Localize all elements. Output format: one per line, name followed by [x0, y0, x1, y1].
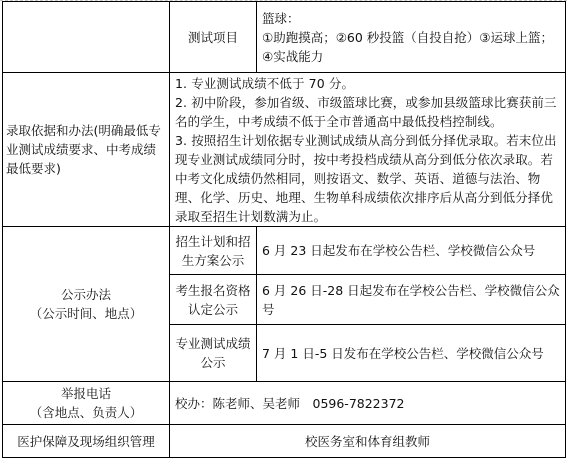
publicity-item-detail: 6 月 23 日起发布在学校公告栏、学校微信公众号 [257, 227, 566, 275]
publicity-label-line2: （公示时间、地点） [7, 304, 165, 323]
report-label-line2: （含地点、负责人） [7, 403, 165, 422]
row-test-items: 测试项目 篮球： ①助跑摸高；②60 秒投篮（自投自抢）③运球上篮； ④实战能力 [3, 2, 566, 73]
admission-rule: 3. 按照招生计划依据专业测试成绩从高分到低分择优录取。若末位出现专业测试成绩同… [175, 131, 562, 226]
test-items-content: 篮球： ①助跑摸高；②60 秒投篮（自投自抢）③运球上篮； ④实战能力 [257, 2, 566, 73]
report-content: 校办：陈老师、吴老师 0596-7822372 [170, 382, 566, 425]
publicity-item-name: 专业测试成绩公示 [170, 325, 257, 382]
publicity-item-detail: 6 月 26 日-28 日起发布在学校公告栏、学校微信公众号 [257, 275, 566, 325]
row-report: 举报电话 （含地点、负责人） 校办：陈老师、吴老师 0596-7822372 [3, 382, 566, 425]
publicity-item-detail: 7 月 1 日-5 日发布在学校公告栏、学校微信公众号 [257, 325, 566, 382]
admission-rule: 2. 初中阶段，参加省级、市级篮球比赛，或参加县级篮球比赛获前三名的学生，中考成… [175, 93, 562, 131]
report-label: 举报电话 （含地点、负责人） [3, 382, 170, 425]
test-items-line: ④实战能力 [262, 47, 562, 66]
row-medical: 医护保障及现场组织管理 校医务室和体育组教师 [3, 425, 566, 458]
test-items-line: 篮球： [262, 9, 562, 28]
test-items-label: 测试项目 [170, 2, 257, 73]
blank-cell [3, 2, 170, 73]
publicity-item-name: 考生报名资格认定公示 [170, 275, 257, 325]
admission-info-table: 测试项目 篮球： ①助跑摸高；②60 秒投篮（自投自抢）③运球上篮； ④实战能力… [2, 1, 566, 458]
admission-content: 1. 专业测试成绩不低于 70 分。 2. 初中阶段，参加省级、市级篮球比赛，或… [170, 73, 566, 227]
admission-label: 录取依据和办法(明确最低专业测试成绩要求、中考成绩最低要求) [3, 73, 170, 227]
publicity-label-line1: 公示办法 [7, 285, 165, 304]
row-admission: 录取依据和办法(明确最低专业测试成绩要求、中考成绩最低要求) 1. 专业测试成绩… [3, 73, 566, 227]
medical-content: 校医务室和体育组教师 [170, 425, 566, 458]
admission-rule: 1. 专业测试成绩不低于 70 分。 [175, 74, 562, 93]
publicity-item-name: 招生计划和招生方案公示 [170, 227, 257, 275]
report-label-line1: 举报电话 [7, 384, 165, 403]
publicity-label: 公示办法 （公示时间、地点） [3, 227, 170, 382]
row-publicity-1: 公示办法 （公示时间、地点） 招生计划和招生方案公示 6 月 23 日起发布在学… [3, 227, 566, 275]
medical-label: 医护保障及现场组织管理 [3, 425, 170, 458]
test-items-line: ①助跑摸高；②60 秒投篮（自投自抢）③运球上篮； [262, 28, 562, 47]
